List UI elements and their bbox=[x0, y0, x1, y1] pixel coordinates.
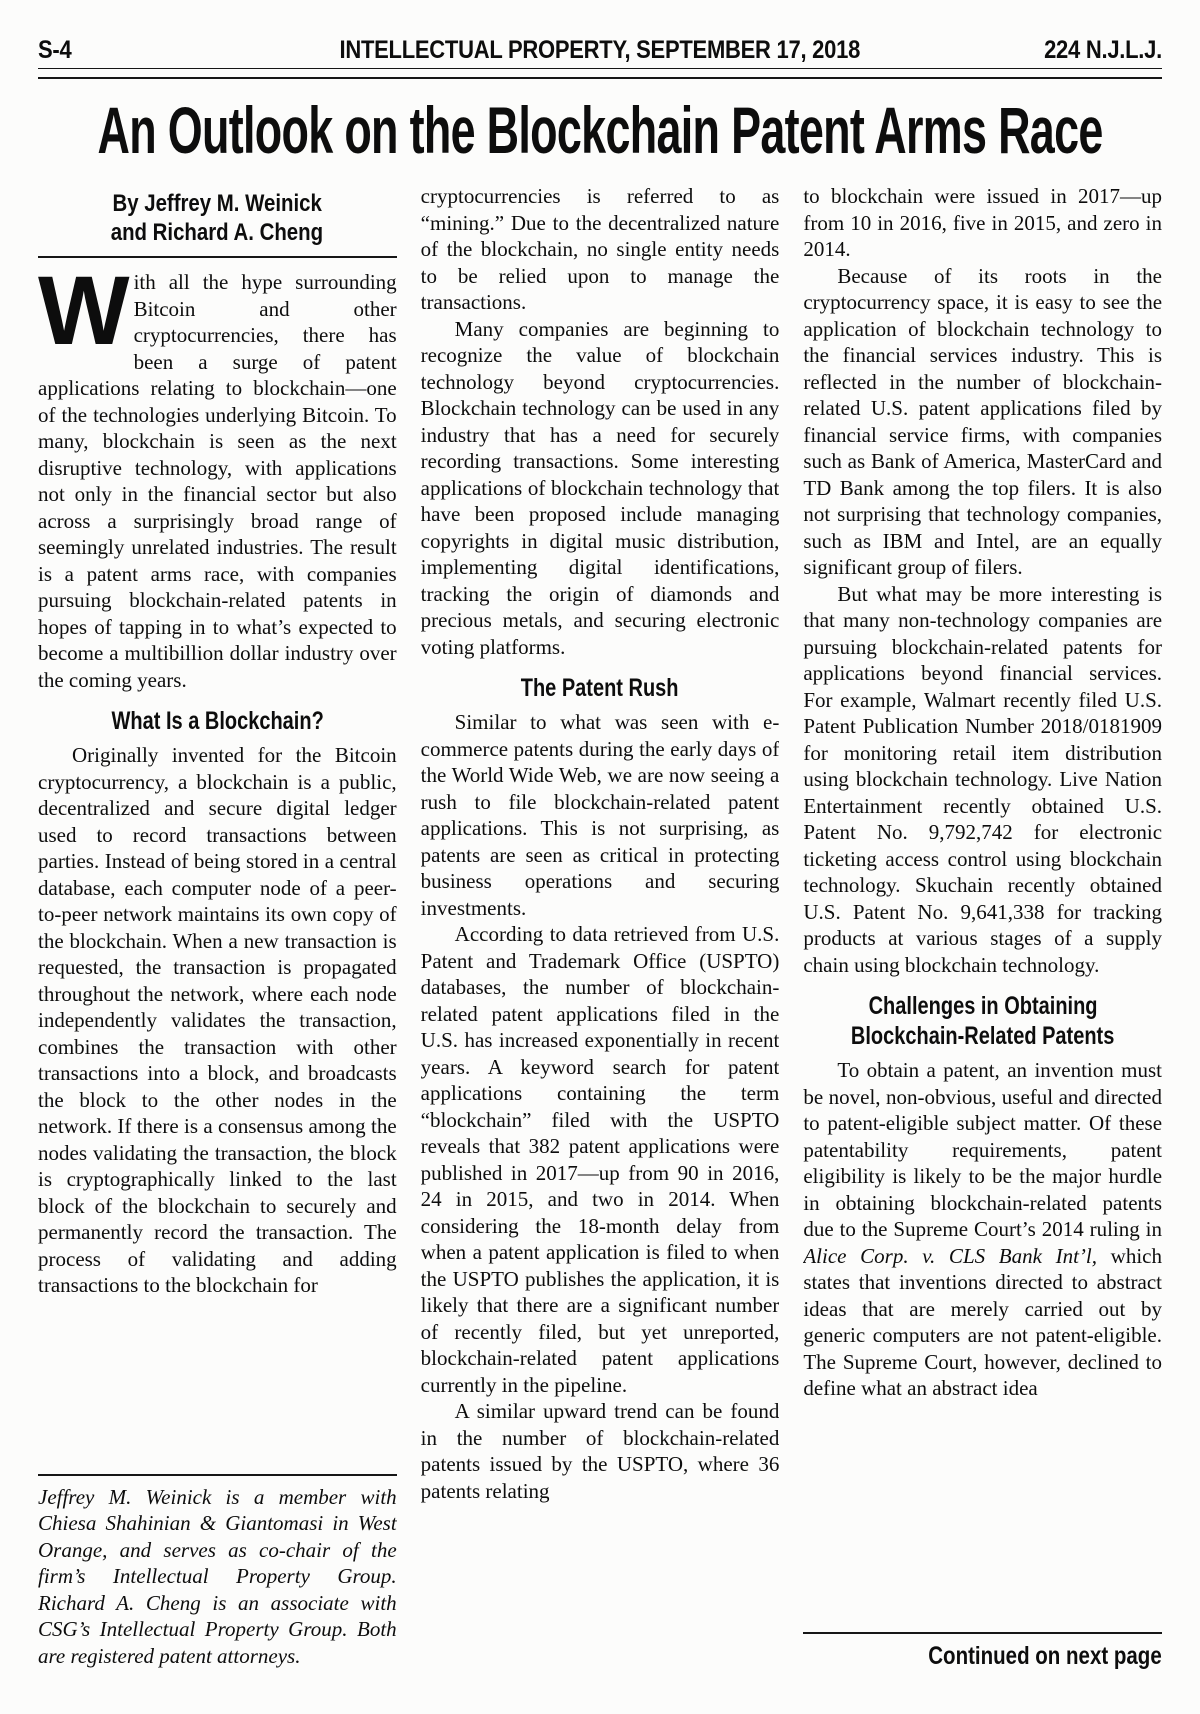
headline-row: An Outlook on the Blockchain Patent Arms… bbox=[38, 91, 1162, 169]
column-3: to blockchain were issued in 2017—up fro… bbox=[803, 183, 1162, 1669]
column-1: By Jeffrey M. Weinick and Richard A. Che… bbox=[38, 183, 397, 1669]
body-paragraph: Originally invented for the Bitcoin cryp… bbox=[38, 742, 397, 1299]
body-paragraph: to blockchain were issued in 2017—up fro… bbox=[803, 183, 1162, 263]
body-paragraph: To obtain a patent, an invention must be… bbox=[803, 1057, 1162, 1402]
section-heading-what-is-a-blockchain: What Is a Blockchain? bbox=[38, 706, 397, 736]
page-folio-text: S-4 bbox=[38, 36, 71, 65]
case-citation: Alice Corp. v. CLS Bank Int’l, bbox=[803, 1244, 1097, 1268]
edition-number: 224 N.J.L.J. bbox=[1028, 36, 1162, 65]
column-2: cryptocurrencies is referred to as “mini… bbox=[421, 183, 780, 1669]
section-header-text: INTELLECTUAL PROPERTY, SEPTEMBER 17, 201… bbox=[340, 36, 861, 65]
page-folio: S-4 bbox=[38, 36, 76, 65]
body-paragraph: Many companies are beginning to recogniz… bbox=[421, 316, 780, 661]
continued-notice-block: Continued on next page bbox=[803, 1632, 1162, 1670]
body-paragraph: cryptocurrencies is referred to as “mini… bbox=[421, 183, 780, 316]
section-header: INTELLECTUAL PROPERTY, SEPTEMBER 17, 201… bbox=[304, 36, 896, 65]
byline-line-1: By Jeffrey M. Weinick bbox=[38, 189, 397, 218]
masthead-rule-thin bbox=[38, 68, 1162, 69]
paragraph-text-pre: To obtain a patent, an invention must be… bbox=[803, 1058, 1162, 1241]
body-paragraph: Similar to what was seen with e-commerce… bbox=[421, 709, 780, 921]
section-heading-text-line-1: Challenges in Obtaining bbox=[868, 991, 1097, 1021]
body-paragraph: But what may be more interesting is that… bbox=[803, 581, 1162, 979]
article-headline: An Outlook on the Blockchain Patent Arms… bbox=[97, 92, 1102, 168]
drop-cap: W bbox=[38, 273, 126, 349]
article-columns: By Jeffrey M. Weinick and Richard A. Che… bbox=[38, 183, 1162, 1669]
byline: By Jeffrey M. Weinick and Richard A. Che… bbox=[38, 189, 397, 247]
masthead-rule-thick bbox=[38, 77, 1162, 79]
newspaper-page: S-4 INTELLECTUAL PROPERTY, SEPTEMBER 17,… bbox=[0, 0, 1200, 1714]
body-paragraph: A similar upward trend can be found in t… bbox=[421, 1398, 780, 1504]
body-paragraph: With all the hype surrounding Bitcoin an… bbox=[38, 269, 397, 693]
byline-line-2: and Richard A. Cheng bbox=[38, 218, 397, 247]
author-bio-text: Jeffrey M. Weinick is a member with Chie… bbox=[38, 1484, 397, 1670]
masthead: S-4 INTELLECTUAL PROPERTY, SEPTEMBER 17,… bbox=[38, 36, 1162, 65]
section-heading-text: The Patent Rush bbox=[521, 673, 679, 703]
section-heading-text: What Is a Blockchain? bbox=[111, 706, 323, 736]
edition-number-text: 224 N.J.L.J. bbox=[1044, 36, 1162, 65]
author-bio-block: Jeffrey M. Weinick is a member with Chie… bbox=[38, 1474, 397, 1670]
section-heading-challenges: Challenges in Obtaining Blockchain-Relat… bbox=[803, 991, 1162, 1051]
body-paragraph: Because of its roots in the cryptocurren… bbox=[803, 263, 1162, 581]
section-heading-the-patent-rush: The Patent Rush bbox=[421, 673, 780, 703]
body-paragraph: According to data retrieved from U.S. Pa… bbox=[421, 921, 780, 1398]
continued-notice-text: Continued on next page bbox=[929, 1643, 1162, 1670]
section-heading-text-line-2: Blockchain-Related Patents bbox=[851, 1021, 1114, 1051]
